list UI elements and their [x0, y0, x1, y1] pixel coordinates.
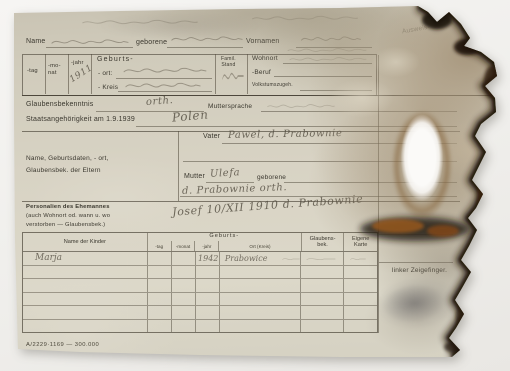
card-paper: Name geborene Vornamen Ausweis- -tag -mo…: [0, 0, 510, 371]
burn-hole: [396, 110, 448, 216]
card: Name geborene Vornamen Ausweis- -tag -mo…: [0, 0, 510, 371]
scanned-card-photo: Name geborene Vornamen Ausweis- -tag -mo…: [0, 0, 510, 371]
